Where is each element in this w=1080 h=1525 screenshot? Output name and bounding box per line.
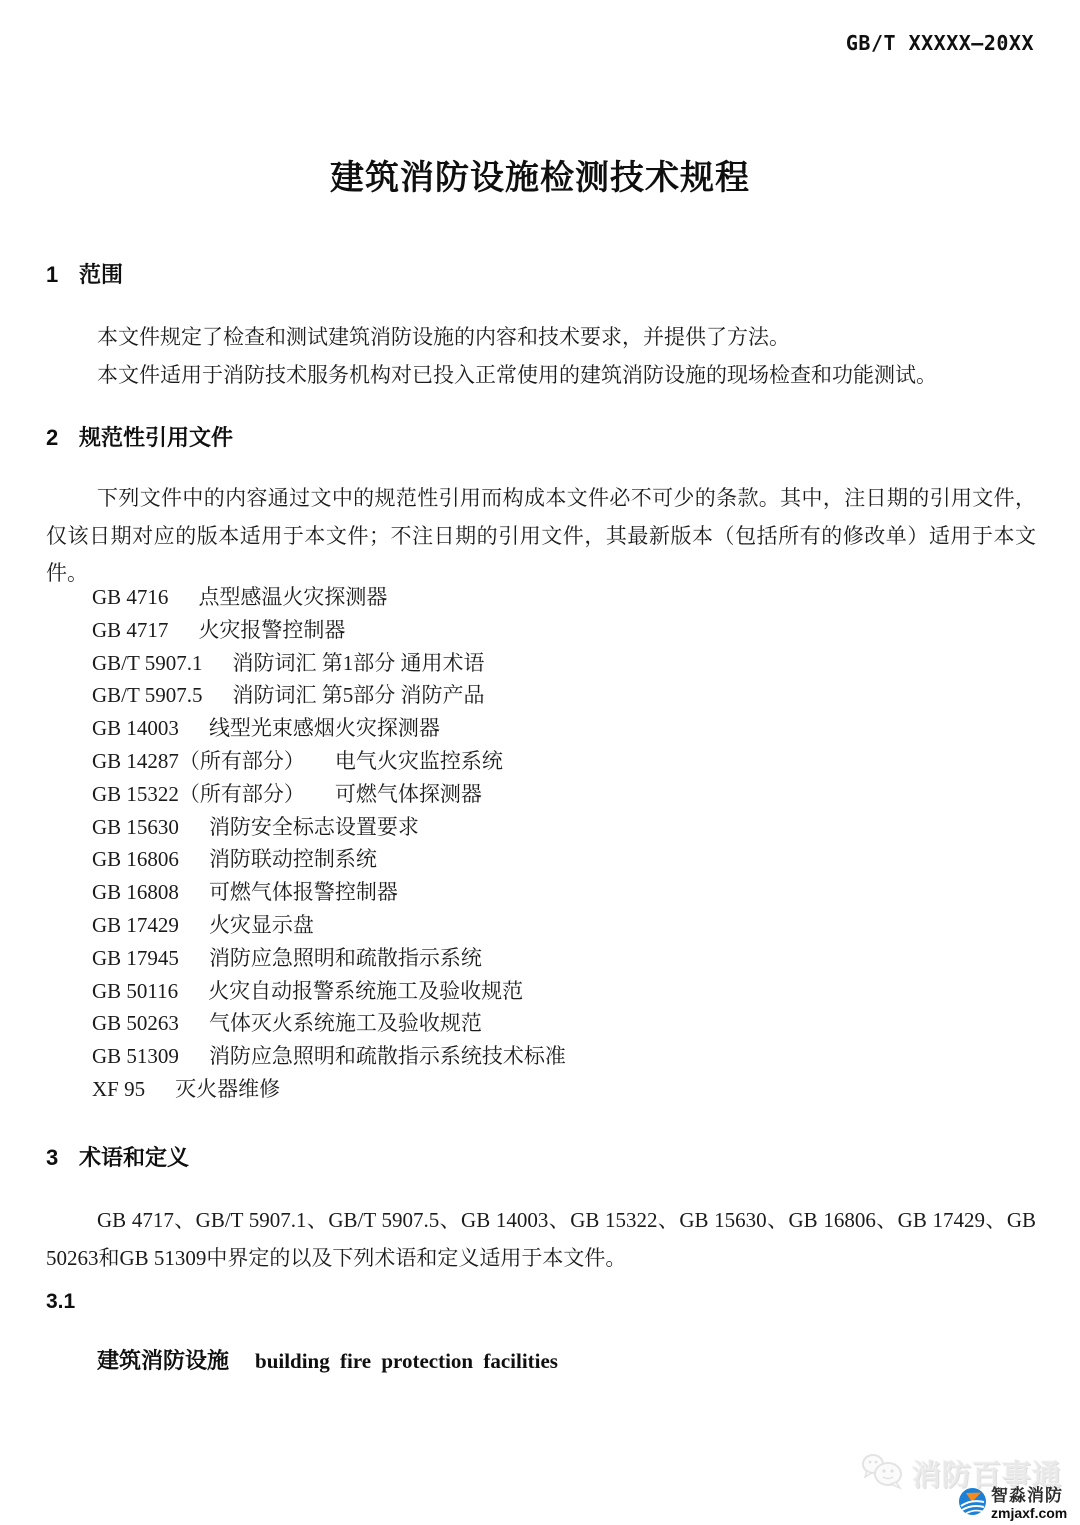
brand-watermark: 智淼消防 zmjaxf.com	[958, 1487, 1067, 1521]
reference-item: GB 17945消防应急照明和疏散指示系统	[92, 942, 566, 975]
scope-paragraph-1: 本文件规定了检查和测试建筑消防设施的内容和技术要求，并提供了方法。	[46, 319, 1036, 357]
reference-code: GB 4717	[92, 618, 168, 642]
reference-item: GB 14003线型光束感烟火灾探测器	[92, 712, 566, 745]
reference-item: GB 50263气体灭火系统施工及验收规范	[92, 1007, 566, 1040]
standard-code: GB/T XXXXX—20XX	[846, 31, 1034, 55]
reference-code: GB 50116	[92, 979, 178, 1003]
reference-item: XF 95灭火器维修	[92, 1073, 566, 1106]
reference-title: 气体灭火系统施工及验收规范	[209, 1011, 482, 1035]
reference-item: GB/T 5907.1消防词汇 第1部分 通用术语	[92, 647, 566, 680]
term-number: 3.1	[46, 1290, 75, 1314]
section-2-title: 规范性引用文件	[79, 425, 233, 450]
term-english: building fire protection facilities	[255, 1349, 558, 1374]
reference-title: 消防词汇 第1部分 通用术语	[232, 651, 484, 675]
document-title: 建筑消防设施检测技术规程	[0, 150, 1080, 199]
normative-references-intro: 下列文件中的内容通过文中的规范性引用而构成本文件必不可少的条款。其中，注日期的引…	[46, 480, 1036, 593]
reference-title: 点型感温火灾探测器	[198, 585, 387, 609]
reference-title: 消防词汇 第5部分 消防产品	[232, 683, 484, 707]
section-1-heading: 1范围	[46, 258, 123, 289]
reference-item: GB 14287（所有部分）电气火灾监控系统	[92, 745, 566, 778]
section-2-number: 2	[46, 425, 63, 451]
reference-code: GB 15322（所有部分）	[92, 782, 305, 806]
reference-title: 火灾显示盘	[209, 913, 314, 937]
term-chinese: 建筑消防设施	[97, 1344, 229, 1375]
reference-item: GB/T 5907.5消防词汇 第5部分 消防产品	[92, 679, 566, 712]
reference-code: GB 15630	[92, 815, 179, 839]
terms-intro: GB 4717、GB/T 5907.1、GB/T 5907.5、GB 14003…	[46, 1202, 1036, 1277]
section-3-number: 3	[46, 1145, 63, 1171]
reference-item: GB 15322（所有部分）可燃气体探测器	[92, 778, 566, 811]
section-2-heading: 2规范性引用文件	[46, 421, 233, 452]
scope-paragraph-2: 本文件适用于消防技术服务机构对已投入正常使用的建筑消防设施的现场检查和功能测试。	[46, 357, 1036, 395]
reference-item: GB 16806消防联动控制系统	[92, 843, 566, 876]
reference-title: 可燃气体报警控制器	[209, 880, 398, 904]
reference-item: GB 15630消防安全标志设置要求	[92, 811, 566, 844]
reference-title: 电气火灾监控系统	[335, 749, 503, 773]
reference-code: GB 4716	[92, 585, 168, 609]
brand-name-text: 智淼消防	[991, 1487, 1067, 1505]
brand-logo-icon	[958, 1487, 987, 1521]
document-page: GB/T XXXXX—20XX 建筑消防设施检测技术规程 1范围 本文件规定了检…	[0, 0, 1080, 1525]
reference-item: GB 4716点型感温火灾探测器	[92, 581, 566, 614]
section-1-number: 1	[46, 262, 63, 288]
reference-code: GB/T 5907.5	[92, 683, 202, 707]
reference-code: GB 14287（所有部分）	[92, 749, 305, 773]
reference-code: XF 95	[92, 1077, 145, 1101]
reference-code: GB 50263	[92, 1011, 179, 1035]
reference-title: 消防应急照明和疏散指示系统技术标准	[209, 1044, 566, 1068]
reference-item: GB 50116火灾自动报警系统施工及验收规范	[92, 975, 566, 1008]
reference-code: GB 51309	[92, 1044, 179, 1068]
reference-title: 灭火器维修	[175, 1077, 280, 1101]
reference-title: 消防应急照明和疏散指示系统	[209, 946, 482, 970]
references-list: GB 4716点型感温火灾探测器 GB 4717火灾报警控制器 GB/T 590…	[92, 581, 566, 1106]
section-3-heading: 3术语和定义	[46, 1141, 189, 1172]
reference-title: 可燃气体探测器	[335, 782, 482, 806]
reference-item: GB 51309消防应急照明和疏散指示系统技术标准	[92, 1040, 566, 1073]
reference-code: GB 16808	[92, 880, 179, 904]
reference-item: GB 17429火灾显示盘	[92, 909, 566, 942]
section-1-title: 范围	[79, 262, 123, 287]
reference-code: GB 17429	[92, 913, 179, 937]
reference-item: GB 4717火灾报警控制器	[92, 614, 566, 647]
chat-bubbles-icon	[860, 1450, 906, 1497]
reference-code: GB 17945	[92, 946, 179, 970]
term-definition-line: 建筑消防设施 building fire protection faciliti…	[97, 1344, 558, 1375]
section-3-title: 术语和定义	[79, 1145, 189, 1170]
reference-code: GB/T 5907.1	[92, 651, 202, 675]
reference-code: GB 16806	[92, 847, 179, 871]
reference-title: 线型光束感烟火灾探测器	[209, 716, 440, 740]
reference-title: 消防安全标志设置要求	[209, 815, 419, 839]
reference-title: 火灾自动报警系统施工及验收规范	[208, 979, 523, 1003]
reference-title: 消防联动控制系统	[209, 847, 377, 871]
reference-title: 火灾报警控制器	[198, 618, 345, 642]
brand-url-text: zmjaxf.com	[991, 1506, 1067, 1521]
reference-item: GB 16808可燃气体报警控制器	[92, 876, 566, 909]
reference-code: GB 14003	[92, 716, 179, 740]
